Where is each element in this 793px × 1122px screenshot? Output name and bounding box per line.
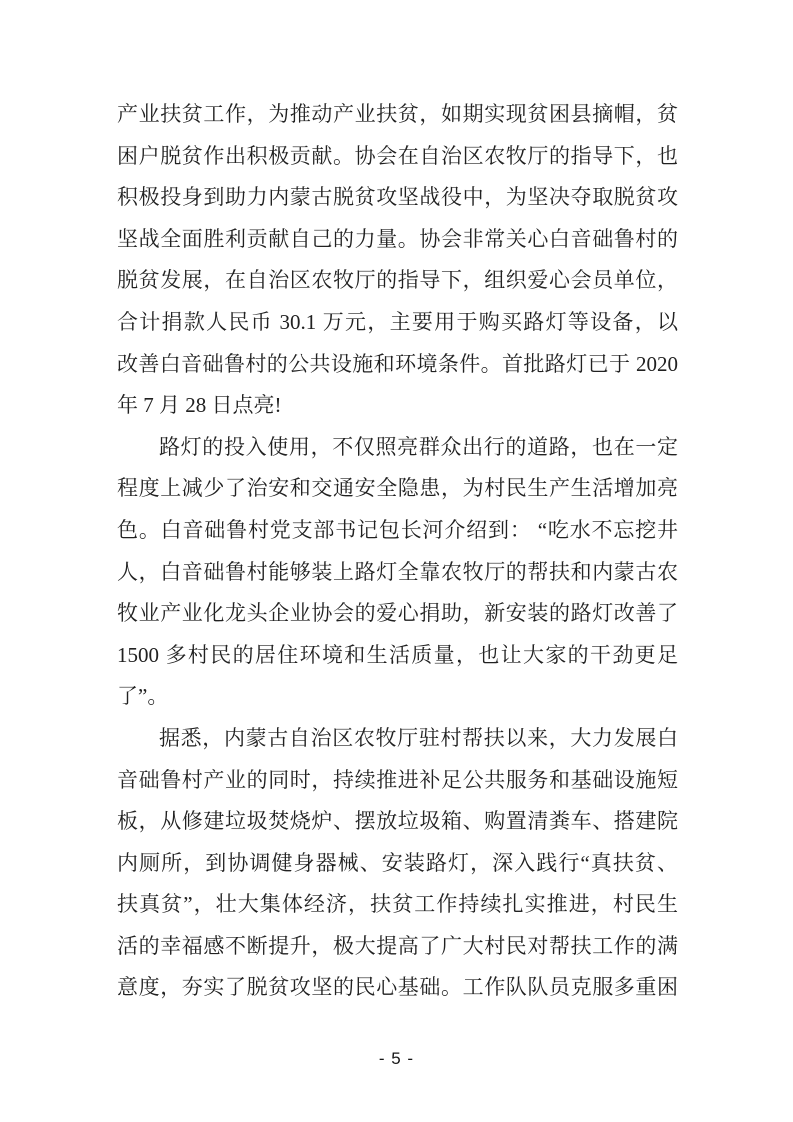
paragraph-3: 据悉，内蒙古自治区农牧厅驻村帮扶以来，大力发展白 音础鲁村产业的同时，持续推进补… bbox=[117, 718, 678, 1009]
text-line: 坚战全面胜利贡献自己的力量。协会非常关心白音础鲁村的 bbox=[117, 219, 678, 261]
paragraph-1: 产业扶贫工作，为推动产业扶贫，如期实现贫困县摘帽，贫 困户脱贫作出积极贡献。协会… bbox=[117, 94, 678, 427]
text-line: 程度上减少了治安和交通安全隐患，为村民生产生活增加亮 bbox=[117, 468, 678, 510]
text-line: 困户脱贫作出积极贡献。协会在自治区农牧厅的指导下，也 bbox=[117, 136, 678, 178]
text-line: 脱贫发展，在自治区农牧厅的指导下，组织爱心会员单位， bbox=[117, 260, 678, 302]
text-line: 了”。 bbox=[117, 676, 678, 718]
page-number: - 5 - bbox=[0, 1046, 793, 1072]
text-line: 产业扶贫工作，为推动产业扶贫，如期实现贫困县摘帽，贫 bbox=[117, 94, 678, 136]
text-line: 合计捐款人民币 30.1 万元，主要用于购买路灯等设备，以 bbox=[117, 302, 678, 344]
text-line: 人，白音础鲁村能够装上路灯全靠农牧厅的帮扶和内蒙古农 bbox=[117, 552, 678, 594]
text-line: 改善白音础鲁村的公共设施和环境条件。首批路灯已于 2020 bbox=[117, 344, 678, 386]
text-line: 牧业产业化龙头企业协会的爱心捐助，新安装的路灯改善了 bbox=[117, 593, 678, 635]
document-page: 产业扶贫工作，为推动产业扶贫，如期实现贫困县摘帽，贫 困户脱贫作出积极贡献。协会… bbox=[0, 0, 793, 1122]
text-line: 积极投身到助力内蒙古脱贫攻坚战役中，为坚决夺取脱贫攻 bbox=[117, 177, 678, 219]
text-line: 活的幸福感不断提升，极大提高了广大村民对帮扶工作的满 bbox=[117, 926, 678, 968]
text-line: 扶真贫”，壮大集体经济，扶贫工作持续扎实推进，村民生 bbox=[117, 884, 678, 926]
text-line: 1500 多村民的居住环境和生活质量，也让大家的干劲更足 bbox=[117, 635, 678, 677]
text-line: 年 7 月 28 日点亮! bbox=[117, 385, 678, 427]
text-line: 据悉，内蒙古自治区农牧厅驻村帮扶以来，大力发展白 bbox=[117, 718, 678, 760]
text-line: 板，从修建垃圾焚烧炉、摆放垃圾箱、购置清粪车、搭建院 bbox=[117, 801, 678, 843]
document-body: 产业扶贫工作，为推动产业扶贫，如期实现贫困县摘帽，贫 困户脱贫作出积极贡献。协会… bbox=[117, 94, 678, 1009]
text-line: 内厕所，到协调健身器械、安装路灯，深入践行“真扶贫、 bbox=[117, 843, 678, 885]
text-line: 意度，夯实了脱贫攻坚的民心基础。工作队队员克服多重困 bbox=[117, 967, 678, 1009]
text-line: 色。白音础鲁村党支部书记包长河介绍到： “吃水不忘挖井 bbox=[117, 510, 678, 552]
text-line: 音础鲁村产业的同时，持续推进补足公共服务和基础设施短 bbox=[117, 760, 678, 802]
paragraph-2: 路灯的投入使用，不仅照亮群众出行的道路，也在一定 程度上减少了治安和交通安全隐患… bbox=[117, 427, 678, 718]
text-line: 路灯的投入使用，不仅照亮群众出行的道路，也在一定 bbox=[117, 427, 678, 469]
